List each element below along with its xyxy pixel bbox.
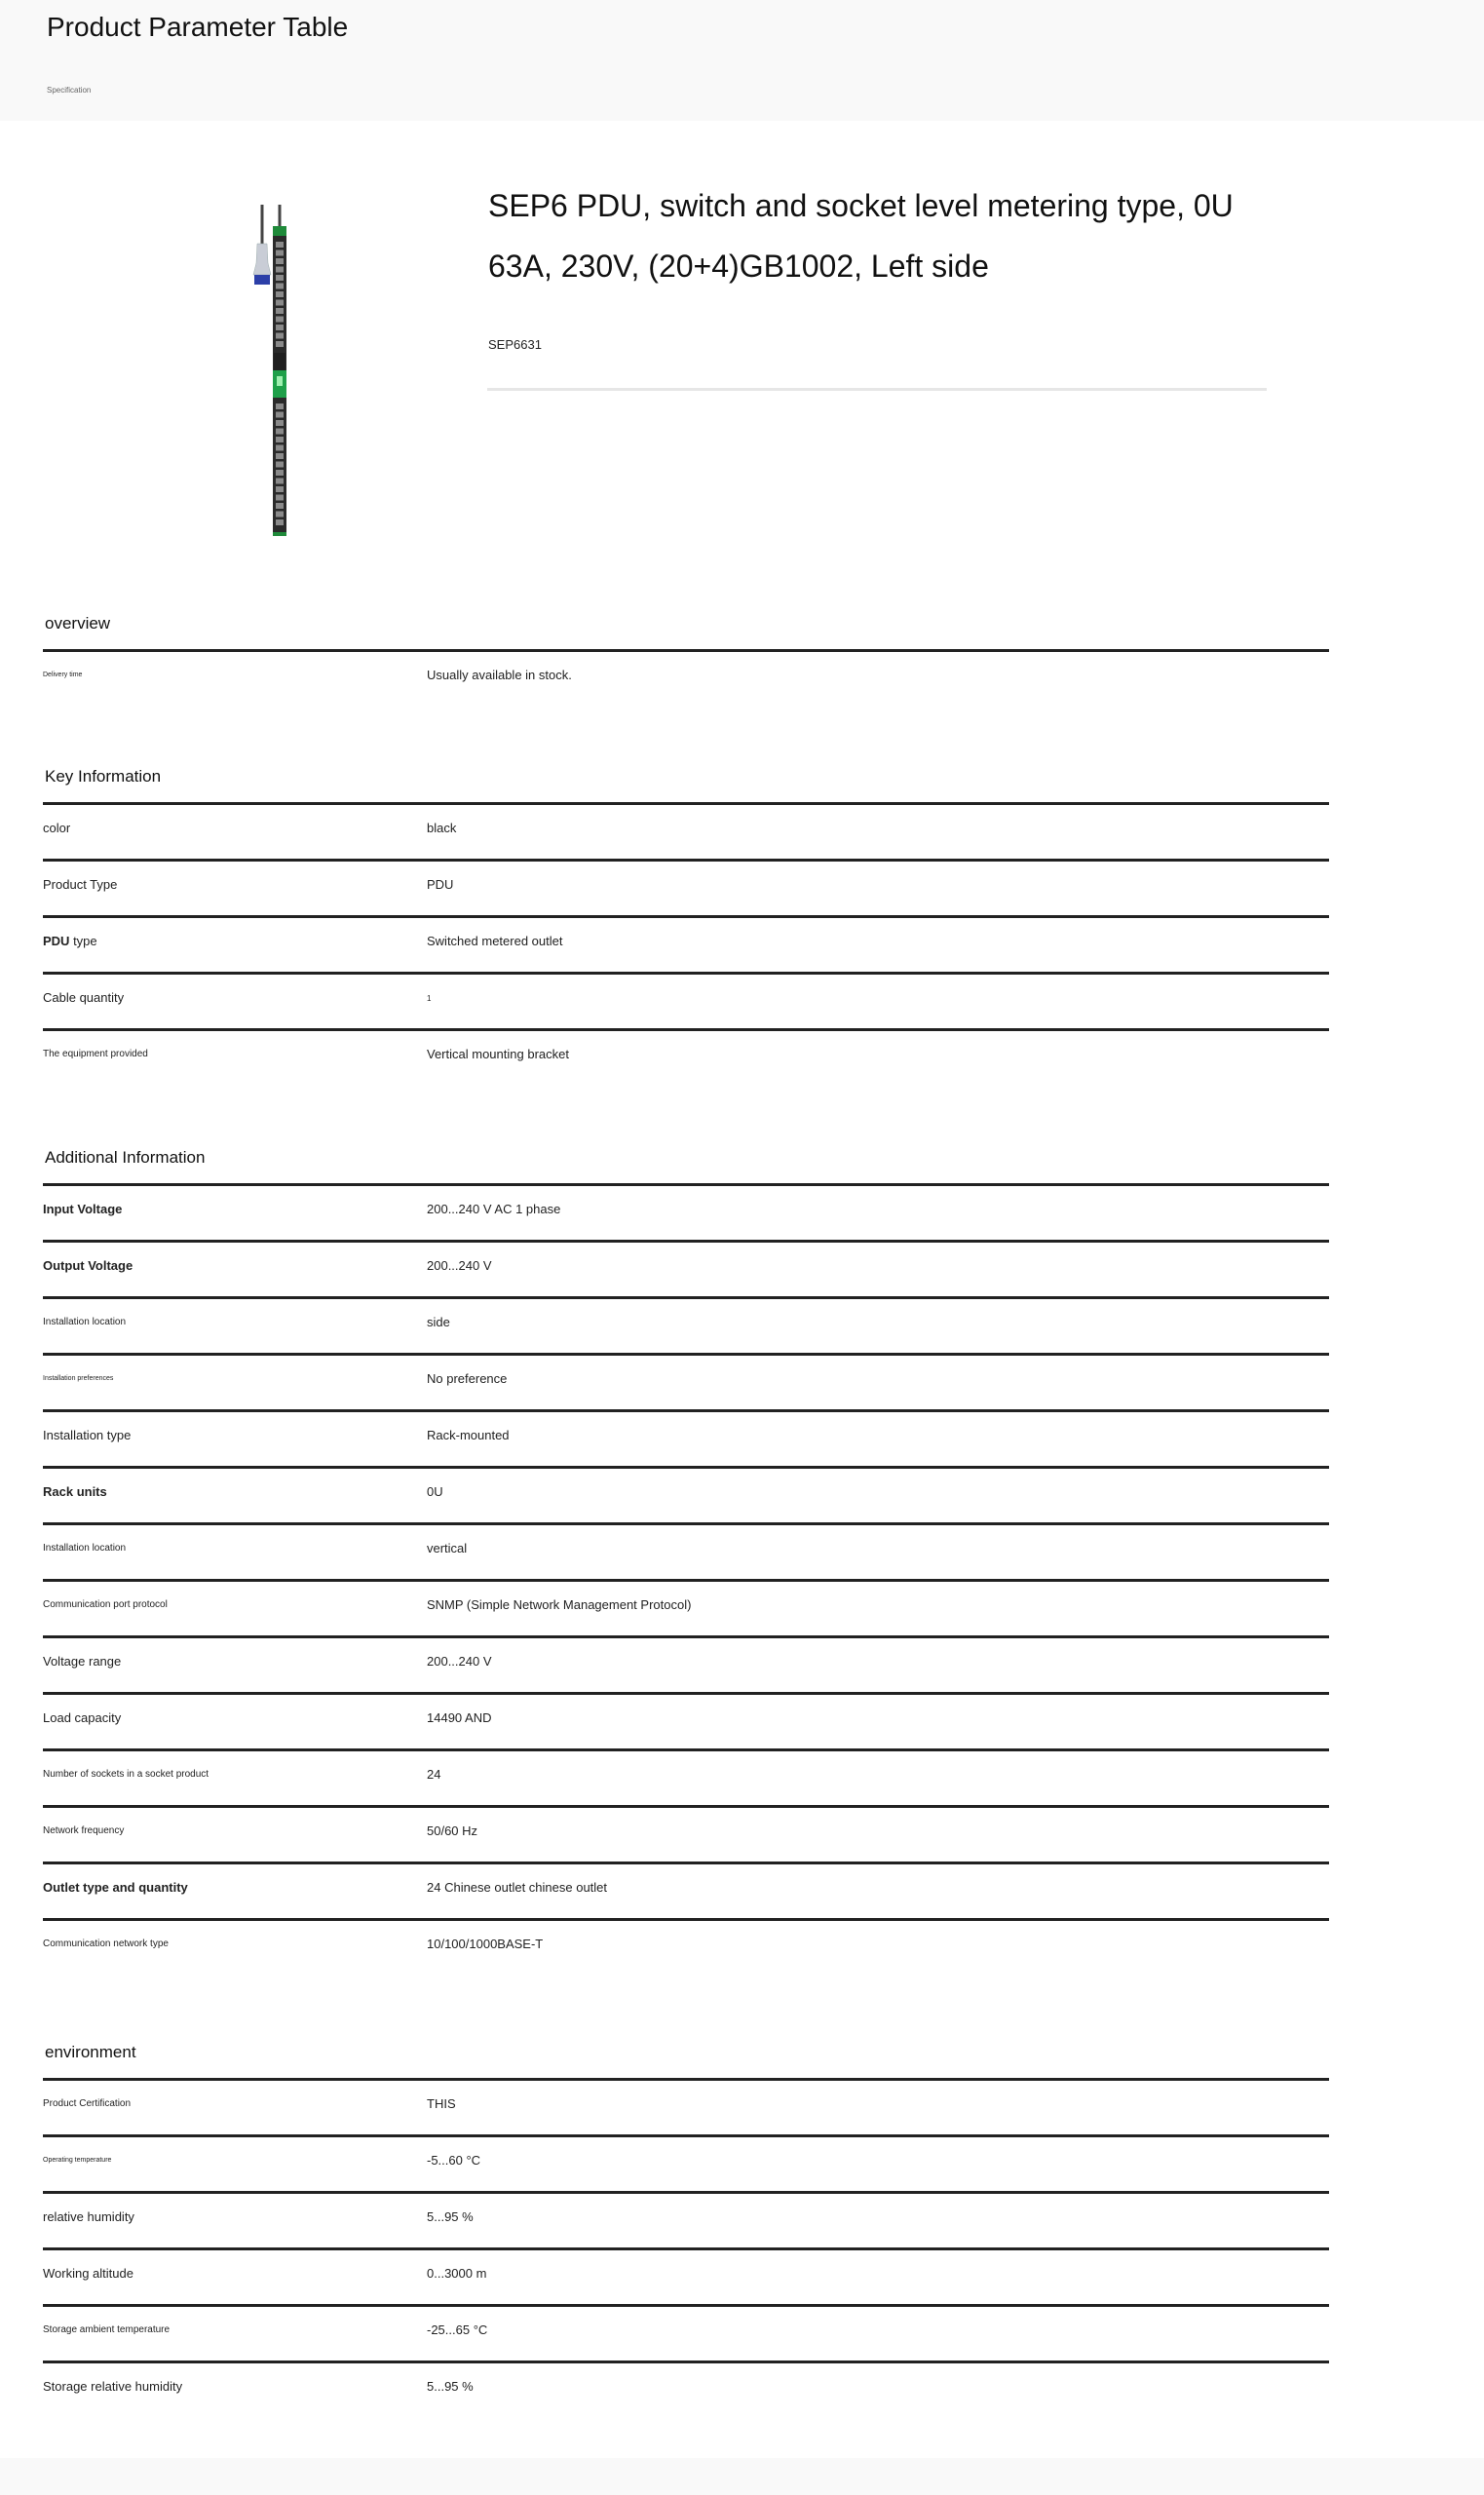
spec-table: Input Voltage200...240 V AC 1 phaseOutpu…	[43, 1183, 1329, 1975]
row-label: Storage ambient temperature	[43, 2324, 170, 2335]
row-label: Communication network type	[43, 1938, 169, 1949]
row-value: 10/100/1000BASE-T	[427, 1937, 543, 1951]
row-value: -25...65 °C	[427, 2322, 487, 2337]
table-row: Operating temperature-5...60 °C	[43, 2134, 1329, 2191]
row-label: Rack units	[43, 1484, 107, 1499]
row-label: PDU type	[43, 934, 97, 948]
row-label: Product Certification	[43, 2098, 131, 2109]
table-row: Installation locationvertical	[43, 1522, 1329, 1579]
section-title: Key Information	[43, 767, 1329, 788]
table-row: Product CertificationTHIS	[43, 2078, 1329, 2134]
row-label: Operating temperature	[43, 2157, 111, 2164]
section-environment: environmentProduct CertificationTHISOper…	[43, 2043, 1329, 2417]
row-label: Voltage range	[43, 1654, 121, 1669]
table-row: Rack units0U	[43, 1466, 1329, 1522]
row-value: 50/60 Hz	[427, 1823, 477, 1838]
row-value: vertical	[427, 1541, 467, 1555]
row-value: 24 Chinese outlet chinese outlet	[427, 1880, 607, 1895]
table-row: PDU typeSwitched metered outlet	[43, 915, 1329, 972]
row-value: black	[427, 821, 456, 835]
table-row: Communication port protocolSNMP (Simple …	[43, 1579, 1329, 1635]
table-row: Output Voltage200...240 V	[43, 1240, 1329, 1296]
section-title: Additional Information	[43, 1148, 1329, 1170]
row-value: 0...3000 m	[427, 2266, 486, 2281]
row-label: Working altitude	[43, 2266, 133, 2281]
section-key-information: Key InformationcolorblackProduct TypePDU…	[43, 767, 1329, 1085]
row-value: Rack-mounted	[427, 1428, 510, 1442]
row-value: 200...240 V	[427, 1654, 492, 1669]
row-label: Installation preferences	[43, 1375, 113, 1382]
row-label: Load capacity	[43, 1710, 121, 1725]
spec-table: colorblackProduct TypePDUPDU typeSwitche…	[43, 802, 1329, 1085]
row-value: side	[427, 1315, 450, 1329]
row-value: Switched metered outlet	[427, 934, 562, 948]
table-row: Working altitude0...3000 m	[43, 2247, 1329, 2304]
table-row: Delivery timeUsually available in stock.	[43, 649, 1329, 706]
spec-table: Delivery timeUsually available in stock.	[43, 649, 1329, 706]
table-row: Product TypePDU	[43, 859, 1329, 915]
product-sku: SEP6631	[488, 337, 542, 352]
row-value: 14490 AND	[427, 1710, 492, 1725]
row-value: SNMP (Simple Network Management Protocol…	[427, 1597, 691, 1612]
row-value: 1	[427, 994, 431, 1003]
row-value: No preference	[427, 1371, 507, 1386]
specification-label: Specification	[47, 86, 91, 95]
table-row: Communication network type10/100/1000BAS…	[43, 1918, 1329, 1975]
table-row: The equipment providedVertical mounting …	[43, 1028, 1329, 1085]
row-label: Delivery time	[43, 672, 82, 678]
table-row: Voltage range200...240 V	[43, 1635, 1329, 1692]
spec-table: Product CertificationTHISOperating tempe…	[43, 2078, 1329, 2417]
row-label: relative humidity	[43, 2209, 134, 2224]
table-row: Number of sockets in a socket product24	[43, 1748, 1329, 1805]
section-overview: overviewDelivery timeUsually available i…	[43, 614, 1329, 706]
section-title: environment	[43, 2043, 1329, 2064]
row-label: Network frequency	[43, 1825, 124, 1836]
table-row: Installation preferencesNo preference	[43, 1353, 1329, 1409]
row-value: 5...95 %	[427, 2209, 474, 2224]
product-divider	[487, 388, 1267, 391]
row-label: Output Voltage	[43, 1258, 133, 1273]
row-label: Input Voltage	[43, 1202, 122, 1216]
row-label: Installation type	[43, 1428, 131, 1442]
table-row: Outlet type and quantity24 Chinese outle…	[43, 1862, 1329, 1918]
table-row: Storage ambient temperature-25...65 °C	[43, 2304, 1329, 2361]
row-label: Installation location	[43, 1543, 126, 1554]
page-footer	[0, 2458, 1484, 2495]
table-row: Installation typeRack-mounted	[43, 1409, 1329, 1466]
row-value: -5...60 °C	[427, 2153, 480, 2168]
row-value: 200...240 V	[427, 1258, 492, 1273]
row-label: Installation location	[43, 1317, 126, 1327]
table-row: Network frequency50/60 Hz	[43, 1805, 1329, 1862]
table-row: relative humidity5...95 %	[43, 2191, 1329, 2247]
table-row: Storage relative humidity5...95 %	[43, 2361, 1329, 2417]
row-value: Usually available in stock.	[427, 668, 572, 682]
row-value: 0U	[427, 1484, 443, 1499]
row-value: 24	[427, 1767, 440, 1782]
row-value: Vertical mounting bracket	[427, 1047, 569, 1061]
pdu-product-image	[248, 205, 307, 536]
row-label: Communication port protocol	[43, 1599, 168, 1610]
row-value: PDU	[427, 877, 453, 892]
table-row: colorblack	[43, 802, 1329, 859]
row-label: Cable quantity	[43, 990, 124, 1005]
row-label-bold: PDU	[43, 934, 69, 948]
row-value: 200...240 V AC 1 phase	[427, 1202, 560, 1216]
table-row: Cable quantity1	[43, 972, 1329, 1028]
product-title: SEP6 PDU, switch and socket level meteri…	[488, 175, 1234, 296]
table-row: Load capacity14490 AND	[43, 1692, 1329, 1748]
product-title-line2: 63A, 230V, (20+4)GB1002, Left side	[488, 236, 1234, 296]
page-title: Product Parameter Table	[47, 12, 348, 43]
row-label: Number of sockets in a socket product	[43, 1769, 209, 1780]
row-label: Product Type	[43, 877, 117, 892]
row-value: THIS	[427, 2096, 456, 2111]
section-title: overview	[43, 614, 1329, 635]
section-additional-information: Additional InformationInput Voltage200..…	[43, 1148, 1329, 1975]
row-value: 5...95 %	[427, 2379, 474, 2394]
row-label: Storage relative humidity	[43, 2379, 182, 2394]
row-label: Outlet type and quantity	[43, 1880, 188, 1895]
table-row: Input Voltage200...240 V AC 1 phase	[43, 1183, 1329, 1240]
row-label: The equipment provided	[43, 1049, 148, 1059]
row-label-rest: type	[69, 934, 96, 948]
product-title-line1: SEP6 PDU, switch and socket level meteri…	[488, 175, 1234, 236]
row-label: color	[43, 821, 70, 835]
page-header: Product Parameter Table Specification	[0, 0, 1484, 121]
table-row: Installation locationside	[43, 1296, 1329, 1353]
